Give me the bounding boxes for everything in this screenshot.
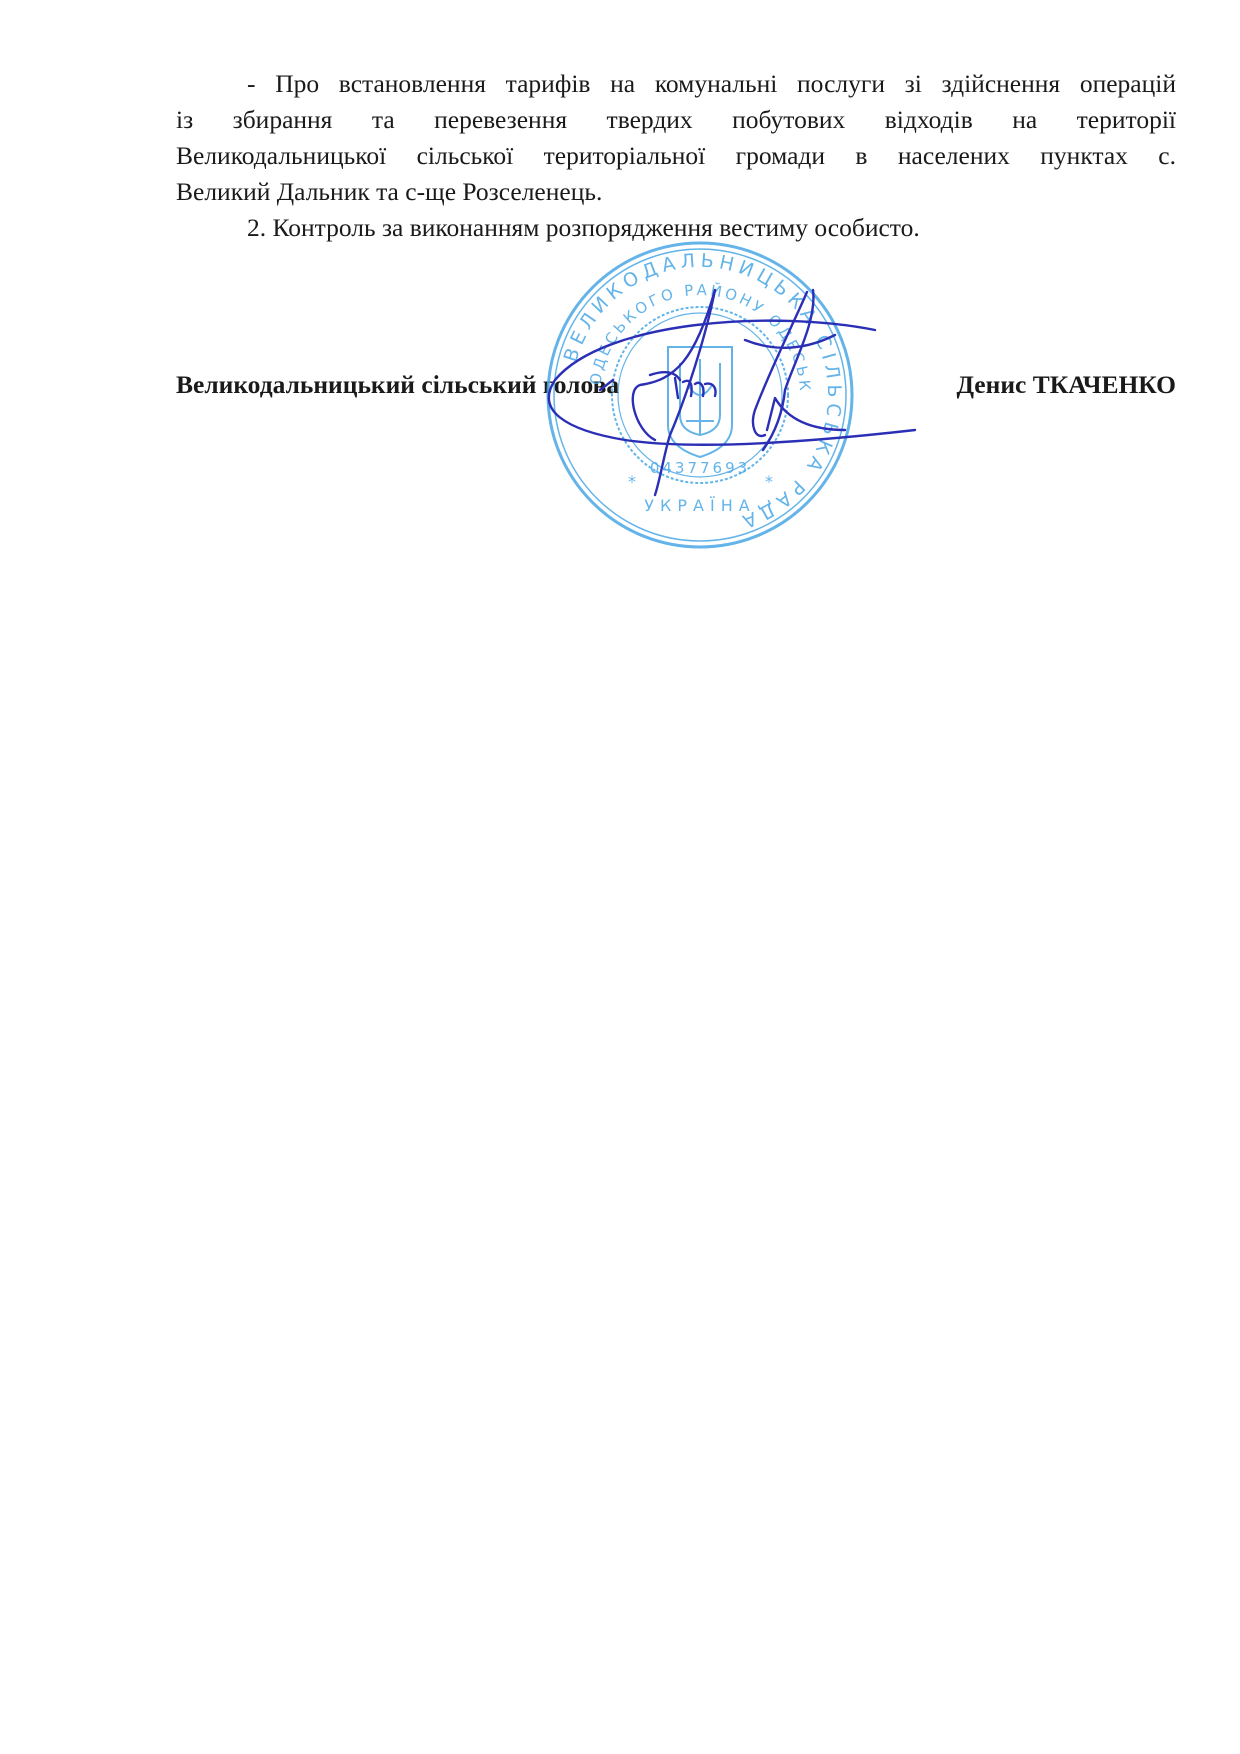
- signature-block: Великодальницький сільський голова Денис…: [176, 370, 1176, 410]
- paragraph-line: Великодальницької сільської територіальн…: [176, 138, 1176, 174]
- signatory-role: Великодальницький сільський голова: [176, 370, 619, 400]
- paragraph-line: - Про встановлення тарифів на комунальні…: [176, 66, 1176, 102]
- stamp-country: УКРАЇНА: [644, 496, 755, 515]
- paragraph-tariffs: - Про встановлення тарифів на комунальні…: [176, 66, 1176, 210]
- star-icon: *: [765, 472, 773, 491]
- document-body: - Про встановлення тарифів на комунальні…: [176, 66, 1176, 246]
- star-icon: *: [628, 472, 636, 491]
- paragraph-control: 2. Контроль за виконанням розпорядження …: [176, 210, 1176, 246]
- stamp-code: 04377693: [650, 459, 750, 477]
- paragraph-line: із збирання та перевезення твердих побут…: [176, 102, 1176, 138]
- signatory-name: Денис ТКАЧЕНКО: [956, 370, 1176, 400]
- paragraph-line: Великий Дальник та с-ще Розселенець.: [176, 174, 1176, 210]
- document-page: - Про встановлення тарифів на комунальні…: [0, 0, 1240, 1754]
